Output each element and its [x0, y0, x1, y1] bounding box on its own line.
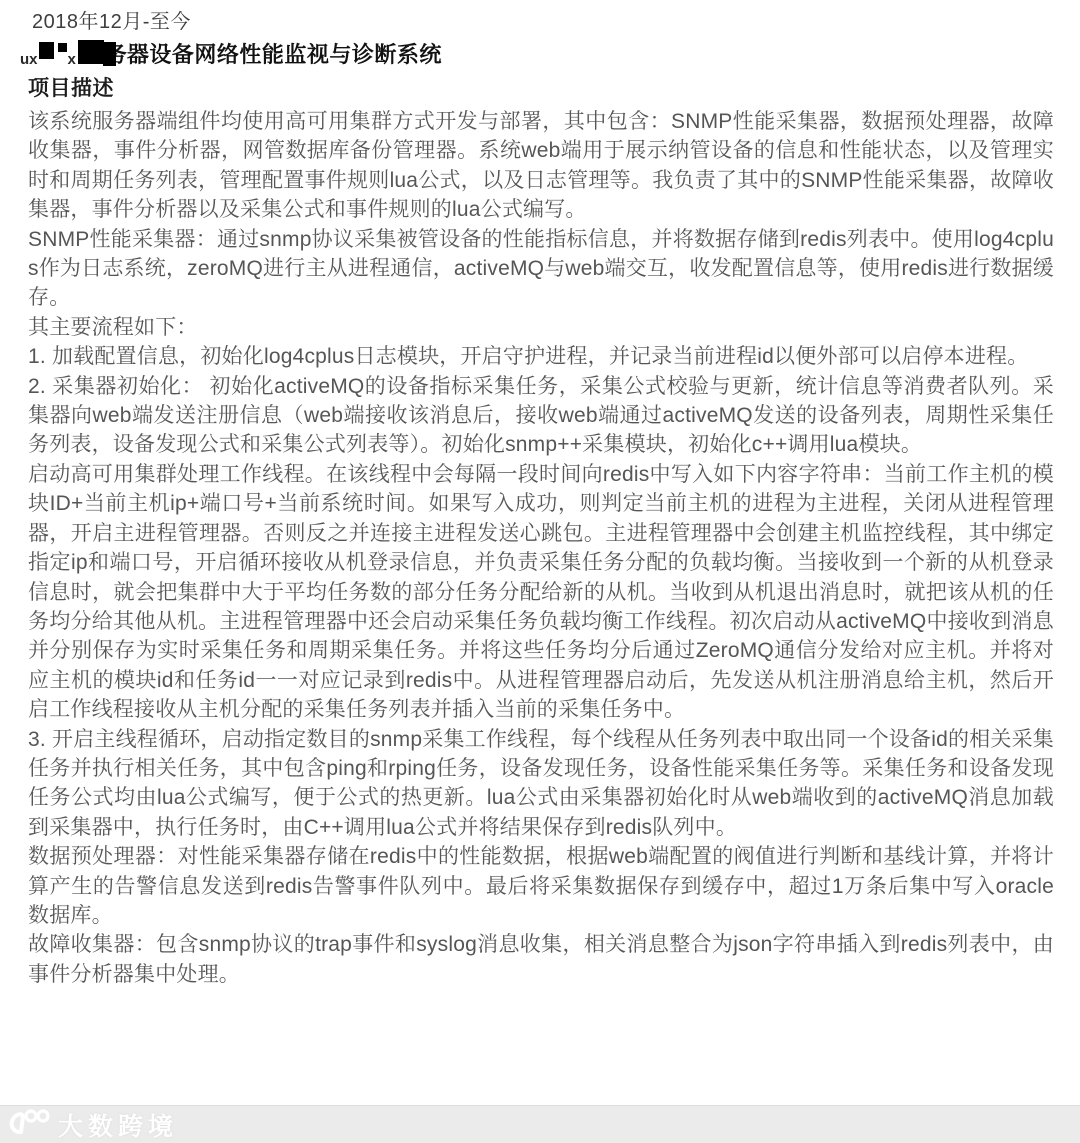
redaction-box [39, 42, 54, 59]
paragraph: 1. 加载配置信息，初始化log4cplus日志模块，开启守护进程，并记录当前进… [28, 342, 1054, 371]
project-title: ux x 务 器设备网络性能监视与诊断系统 [20, 38, 1054, 70]
watermark-band: 大数跨境 [0, 1105, 1080, 1143]
project-section: 2018年12月-至今 ux x 务 器设备网络性能监视与诊断系统 项目描述 该… [0, 0, 1080, 989]
paragraph: 3. 开启主线程循环，启动指定数目的snmp采集工作线程，每个线程从任务列表中取… [28, 725, 1054, 843]
project-date-range: 2018年12月-至今 [28, 2, 1054, 37]
paragraph: 故障收集器：包含snmp协议的trap事件和syslog消息收集，相关消息整合为… [28, 930, 1054, 989]
redaction-box [58, 43, 67, 52]
partially-redacted-char: 务 [105, 40, 127, 70]
project-title-text: 器设备网络性能监视与诊断系统 [127, 40, 442, 70]
resume-document-page: 2018年12月-至今 ux x 务 器设备网络性能监视与诊断系统 项目描述 该… [0, 0, 1080, 1143]
daishu-kuajing-logo-icon [8, 1108, 52, 1141]
watermark-text: 大数跨境 [58, 1107, 178, 1143]
redaction-box [103, 42, 116, 66]
paragraph: 其主要流程如下： [28, 313, 1054, 342]
paragraph: 启动高可用集群处理工作线程。在该线程中会每隔一段时间向redis中写入如下内容字… [28, 460, 1054, 725]
paragraph: SNMP性能采集器：通过snmp协议采集被管设备的性能指标信息，并将数据存储到r… [28, 225, 1054, 313]
paragraph: 该系统服务器端组件均使用高可用集群方式开发与部署，其中包含：SNMP性能采集器，… [28, 107, 1054, 225]
redacted-title-fragment: x [68, 53, 76, 67]
redacted-title-fragment: ux [20, 53, 38, 67]
section-heading-project-description: 项目描述 [28, 72, 1054, 102]
project-description-body: 该系统服务器端组件均使用高可用集群方式开发与部署，其中包含：SNMP性能采集器，… [28, 107, 1054, 989]
paragraph: 2. 采集器初始化： 初始化activeMQ的设备指标采集任务，采集公式校验与更… [28, 372, 1054, 460]
redaction-box [78, 40, 104, 64]
paragraph: 数据预处理器：对性能采集器存储在redis中的性能数据，根据web端配置的阀值进… [28, 842, 1054, 930]
